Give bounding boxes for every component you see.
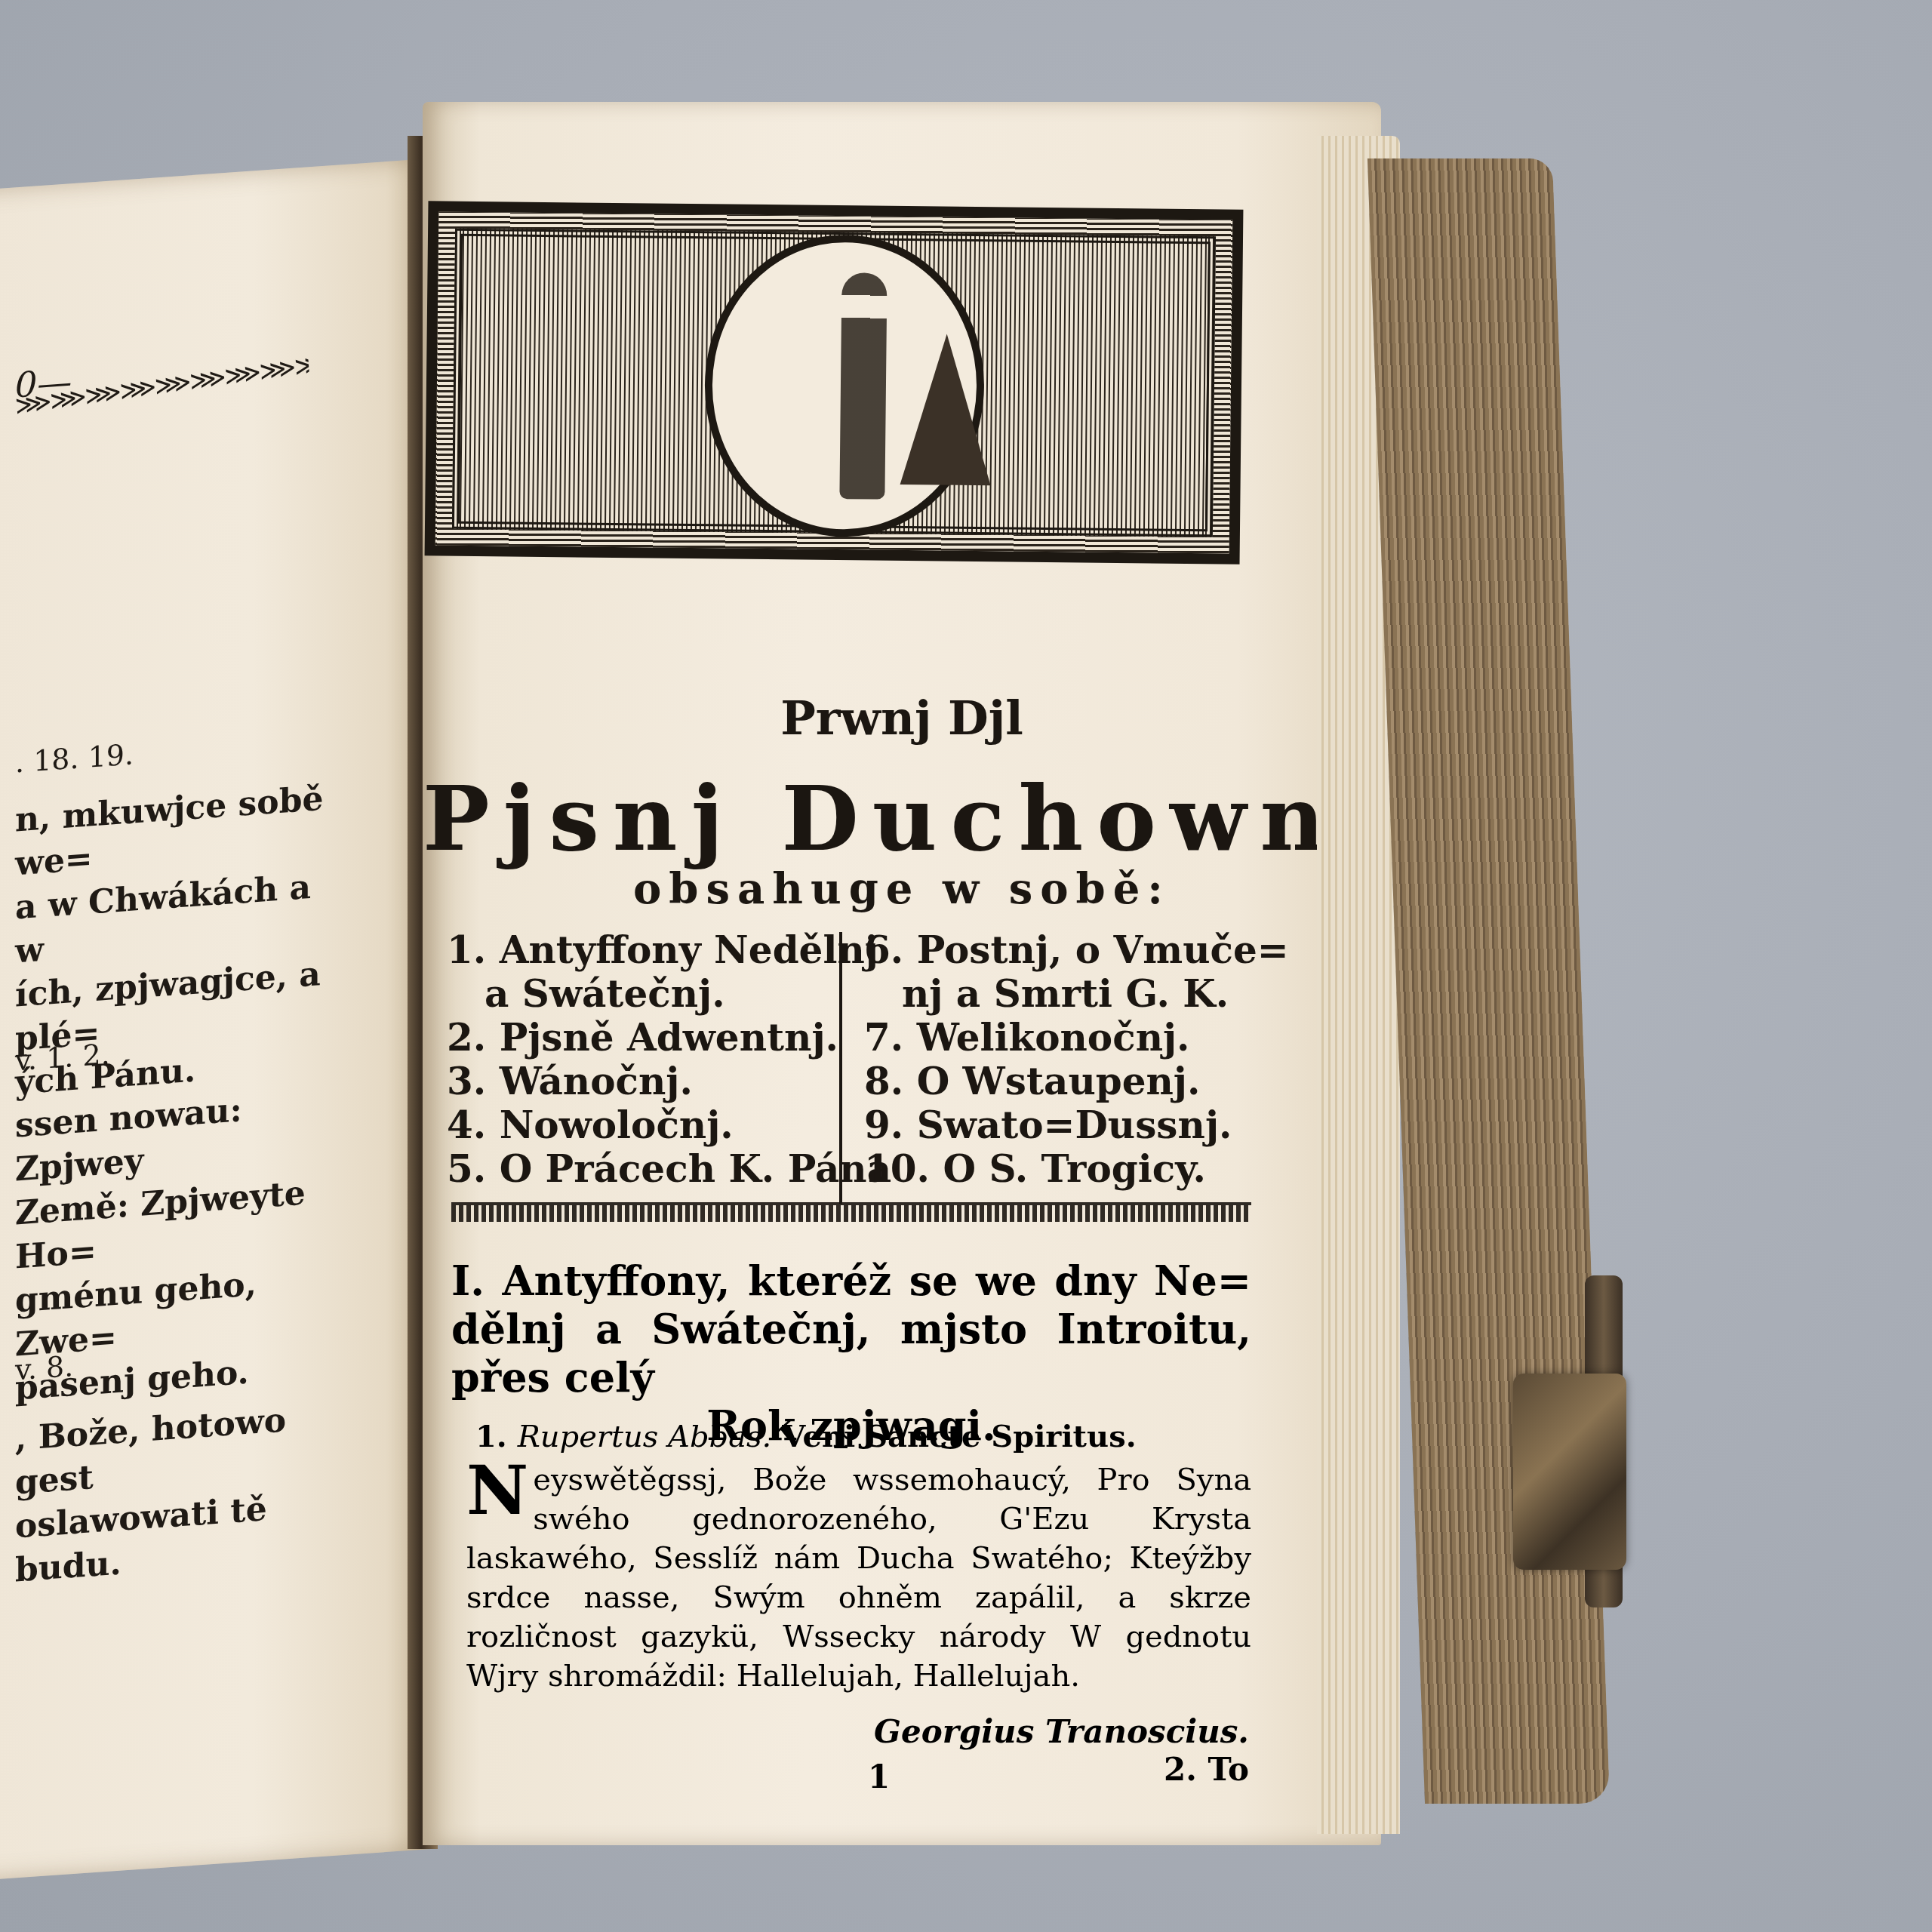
toc-item: 4. Nowoločnj. bbox=[447, 1103, 869, 1147]
toc-item: 6. Postnj, o Vmuče= bbox=[864, 928, 1287, 972]
catchword: 2. To bbox=[1164, 1751, 1249, 1788]
verse-reference: . 18. 19. bbox=[15, 737, 134, 779]
toc-item: 2. Pjsně Adwentnj. bbox=[447, 1016, 869, 1060]
woodcut-headpiece-icon bbox=[425, 201, 1244, 564]
wavy-rule-divider bbox=[451, 1202, 1251, 1222]
drop-cap: N bbox=[466, 1460, 528, 1521]
hymn-text: Neyswětěgssj, Bože wssemohaucý, Pro Syna… bbox=[466, 1460, 1251, 1696]
table-of-contents-right: 6. Postnj, o Vmuče= nj a Smrti G. K. 7. … bbox=[864, 928, 1287, 1191]
page-title: Pjsnj Duchownjch bbox=[423, 766, 1381, 871]
toc-item: 3. Wánočnj. bbox=[447, 1060, 869, 1103]
left-text-block-3: , Bože, hotowo gest oslawowati tě budu. bbox=[15, 1395, 332, 1592]
hymn-title: 1. Rupertus Abbas. Veni Sancte Spiritus. bbox=[475, 1419, 1137, 1454]
hymn-incipit: Veni Sancte Spiritus. bbox=[782, 1419, 1136, 1454]
left-page: 0— ⋙⋙⋙⋙⋙⋙⋙⋙⋙⋙⋙⋙⋙⋙⋙⋙ . 18. 19. n, mkuwjce… bbox=[0, 158, 430, 1880]
toc-item-continuation: nj a Smrti G. K. bbox=[864, 972, 1287, 1016]
toc-item: 7. Welikonočnj. bbox=[864, 1016, 1287, 1060]
mountain-icon bbox=[900, 334, 992, 485]
verse-reference: v. 1. 2. bbox=[15, 1038, 110, 1078]
table-of-contents-left: 1. Antyffony Nedělnj a Swátečnj. 2. Pjsn… bbox=[447, 928, 869, 1191]
hymn-author-latin: Rupertus Abbas. bbox=[518, 1420, 772, 1454]
toc-item: 8. O Wstaupenj. bbox=[864, 1060, 1287, 1103]
verse-reference: v. 8. bbox=[15, 1349, 73, 1386]
toc-item: 10. O S. Trogicy. bbox=[864, 1147, 1287, 1191]
page-subtitle: obsahuge w sobě: bbox=[423, 864, 1381, 914]
book-photo: 0— ⋙⋙⋙⋙⋙⋙⋙⋙⋙⋙⋙⋙⋙⋙⋙⋙ . 18. 19. n, mkuwjce… bbox=[0, 0, 1932, 1932]
brass-clasp-icon bbox=[1513, 1374, 1626, 1570]
robed-figure-icon bbox=[839, 272, 887, 500]
ornament-row-icon: ⋙⋙⋙⋙⋙⋙⋙⋙⋙⋙⋙⋙⋙⋙⋙⋙ bbox=[14, 350, 310, 421]
page-number: 1 bbox=[868, 1758, 890, 1795]
toc-item: 1. Antyffony Nedělnj bbox=[447, 928, 869, 972]
toc-item: 9. Swato=Dussnj. bbox=[864, 1103, 1287, 1147]
toc-divider bbox=[839, 932, 842, 1204]
toc-item: 5. O Prácech K. Pána bbox=[447, 1147, 869, 1191]
attribution: Georgius Tranoscius. bbox=[874, 1713, 1249, 1750]
part-label: Prwnj Djl bbox=[423, 691, 1381, 746]
toc-item-continuation: a Swátečnj. bbox=[447, 972, 869, 1016]
